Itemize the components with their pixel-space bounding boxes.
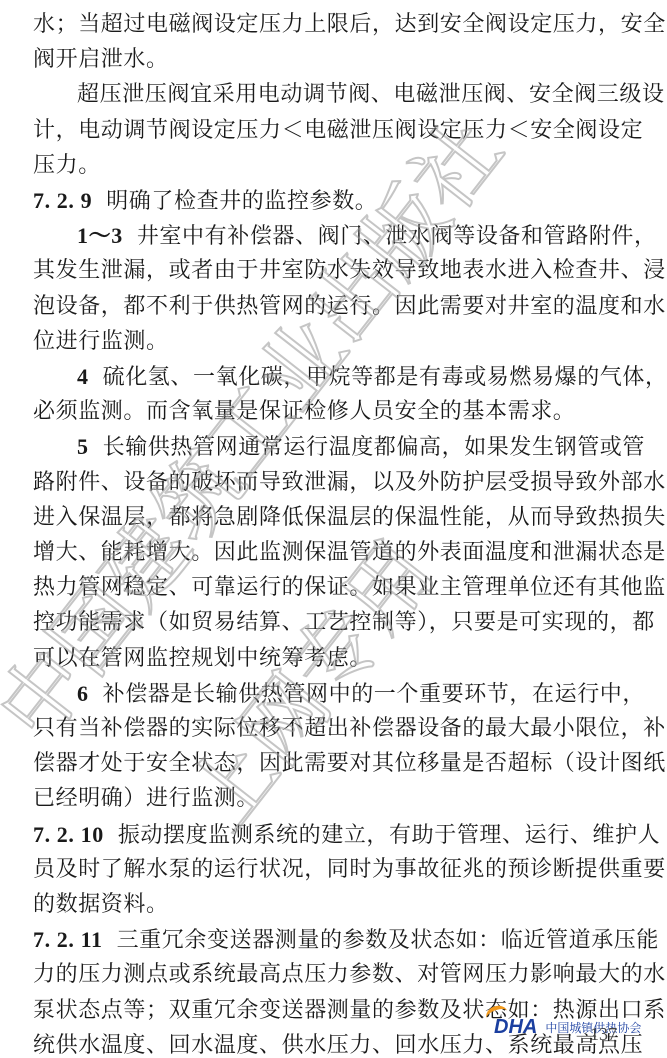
clause-number: 5 (77, 434, 89, 459)
line-text: 路附件、设备的破坏而导致泄漏，以及外防护层受损导致外部水 (33, 470, 666, 495)
line-text: 三重冗余变送器测量的参数及状态如：临近管道承压能 (117, 928, 659, 953)
line-text: 员及时了解水泵的运行状况，同时为事故征兆的预诊断提供重要 (33, 857, 666, 882)
line-text: 的数据资料。 (33, 892, 169, 917)
text-line: 进入保温层，都将急剧降低保温层的保温性能，从而导致热损失 (33, 503, 633, 533)
text-line: 员及时了解水泵的运行状况，同时为事故征兆的预诊断提供重要 (33, 855, 633, 885)
line-text: 必须监测。而含氧量是保证检修人员安全的基本需求。 (33, 399, 575, 424)
text-line: 路附件、设备的破坏而导致泄漏，以及外防护层受损导致外部水 (33, 468, 633, 498)
text-line: 已经明确）进行监测。 (33, 784, 633, 814)
page-number: 137 (590, 1024, 617, 1045)
text-line: 计，电动调节阀设定压力＜电磁泄压阀设定压力＜安全阀设定 (33, 116, 633, 146)
text-line: 泡设备，都不利于供热管网的运行。因此需要对井室的温度和水 (33, 292, 633, 322)
line-text: 补偿器是长输供热管网中的一个重要环节，在运行中， (103, 682, 645, 707)
text-line: 增大、能耗增大。因此监测保温管道的外表面温度和泄漏状态是 (33, 538, 633, 568)
text-line: 7. 2. 9明确了检查井的监控参数。 (33, 186, 633, 217)
text-line: 可以在管网监控规划中统筹考虑。 (33, 644, 633, 674)
line-text: 井室中有补偿器、阀门、泄水阀等设备和管路附件， (137, 224, 657, 249)
text-line: 1～3井室中有补偿器、阀门、泄水阀等设备和管路附件， (33, 221, 667, 252)
line-text: 硫化氢、一氧化碳，甲烷等都是有毒或易燃易爆的气体， (103, 365, 667, 390)
line-text: 偿器才处于安全状态，因此需要对其位移量是否超标（设计图纸 (33, 751, 666, 776)
line-text: 阀开启泄水。 (33, 47, 169, 72)
text-line: 偿器才处于安全状态，因此需要对其位移量是否超标（设计图纸 (33, 749, 633, 779)
line-text: 超压泄压阀宜采用电动调节阀、电磁泄压阀、安全阀三级设 (77, 82, 665, 107)
text-line: 水；当超过电磁阀设定压力上限后，达到安全阀设定压力，安全 (33, 10, 633, 40)
line-text: 只有当补偿器的实际位移不超出补偿器设备的最大最小限位，补 (33, 716, 666, 741)
text-line: 其发生泄漏，或者由于井室防水失效导致地表水进入检查井、浸 (33, 256, 633, 286)
line-text: 热力管网稳定、可靠运行的保证。如果业主管理单位还有其他监 (33, 575, 666, 600)
line-text: 泡设备，都不利于供热管网的运行。因此需要对井室的温度和水 (33, 294, 666, 319)
clause-number: 1～3 (77, 223, 123, 248)
text-line: 7. 2. 10振动摆度监测系统的建立，有助于管理、运行、维护人 (33, 820, 633, 851)
text-line: 只有当补偿器的实际位移不超出补偿器设备的最大最小限位，补 (33, 714, 633, 744)
text-line: 5长输供热管网通常运行温度都偏高，如果发生钢管或管 (33, 432, 667, 463)
clause-number: 7. 2. 9 (33, 188, 92, 213)
text-line: 阀开启泄水。 (33, 45, 633, 75)
line-text: 可以在管网监控规划中统筹考虑。 (33, 646, 372, 671)
line-text: 进入保温层，都将急剧降低保温层的保温性能，从而导致热损失 (33, 505, 666, 530)
line-text: 长输供热管网通常运行温度都偏高，如果发生钢管或管 (103, 435, 645, 460)
line-text: 控功能需求（如贸易结算、工艺控制等），只要是可实现的，都 (33, 610, 655, 635)
text-line: 力的压力测点或系统最高点压力参数、对管网压力影响最大的水 (33, 960, 633, 990)
clause-number: 4 (77, 364, 89, 389)
text-line: 超压泄压阀宜采用电动调节阀、电磁泄压阀、安全阀三级设 (33, 80, 667, 110)
text-line: 控功能需求（如贸易结算、工艺控制等），只要是可实现的，都 (33, 608, 633, 638)
dha-logo-icon: DHA (488, 1016, 537, 1039)
line-text: 压力。 (33, 153, 101, 178)
line-text: 力的压力测点或系统最高点压力参数、对管网压力影响最大的水 (33, 962, 666, 987)
text-line: 6补偿器是长输供热管网中的一个重要环节，在运行中， (33, 679, 667, 710)
clause-number: 6 (77, 681, 89, 706)
text-line: 压力。 (33, 151, 633, 181)
footer-logo: DHA 中国城镇供热协会 (488, 1016, 641, 1039)
line-text: 振动摆度监测系统的建立，有助于管理、运行、维护人 (118, 823, 660, 848)
text-line: 必须监测。而含氧量是保证检修人员安全的基本需求。 (33, 397, 633, 427)
line-text: 水；当超过电磁阀设定压力上限后，达到安全阀设定压力，安全 (33, 12, 666, 37)
text-line: 4硫化氢、一氧化碳，甲烷等都是有毒或易燃易爆的气体， (33, 362, 667, 393)
text-line: 热力管网稳定、可靠运行的保证。如果业主管理单位还有其他监 (33, 573, 633, 603)
line-text: 增大、能耗增大。因此监测保温管道的外表面温度和泄漏状态是 (33, 540, 666, 565)
text-line: 位进行监测。 (33, 327, 633, 357)
line-text: 明确了检查井的监控参数。 (106, 189, 377, 214)
line-text: 已经明确）进行监测。 (33, 786, 259, 811)
clause-number: 7. 2. 10 (33, 822, 104, 847)
text-line: 的数据资料。 (33, 890, 633, 920)
line-text: 其发生泄漏，或者由于井室防水失效导致地表水进入检查井、浸 (33, 258, 666, 283)
text-line: 7. 2. 11三重冗余变送器测量的参数及状态如：临近管道承压能 (33, 925, 633, 956)
line-text: 位进行监测。 (33, 329, 169, 354)
line-text: 计，电动调节阀设定压力＜电磁泄压阀设定压力＜安全阀设定 (33, 118, 643, 143)
clause-number: 7. 2. 11 (33, 927, 103, 952)
